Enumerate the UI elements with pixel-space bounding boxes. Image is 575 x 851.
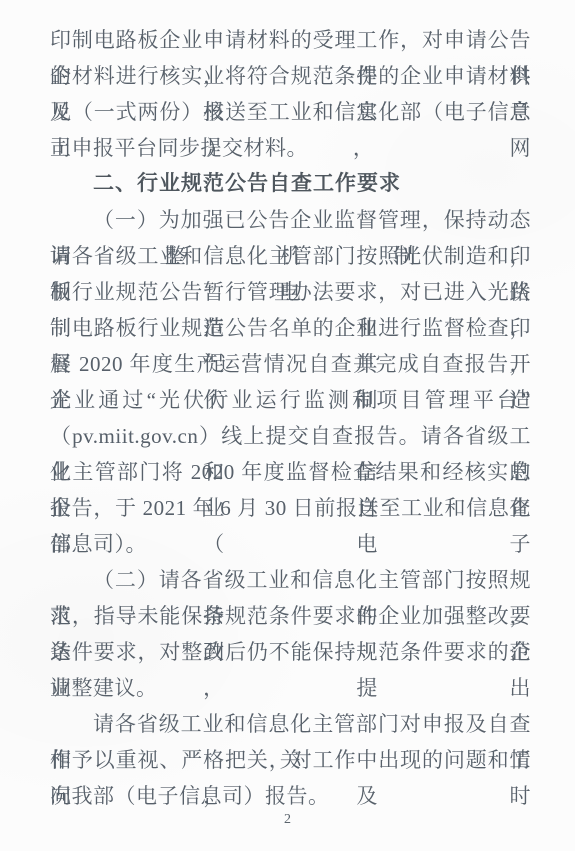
- scanned-document-page: 印制电路板企业申请材料的受理工作，对申请公告企业提供 的材料进行核实，将符合规范…: [0, 0, 575, 851]
- document-line: （二）请各省级工业和信息化主管部门按照规范条件要: [50, 562, 531, 598]
- section-heading: 二、行业规范公告自查工作要求: [50, 166, 531, 202]
- document-line: 的材料进行核实，将符合规范条件的企业申请材料及核实意: [50, 58, 531, 94]
- document-line: 报告，于 2021 年 6 月 30 日前报送至工业和信息化部（电子: [50, 490, 531, 526]
- document-body: 印制电路板企业申请材料的受理工作，对申请公告企业提供 的材料进行核实，将符合规范…: [50, 22, 531, 814]
- document-line: 请各省级工业和信息化主管部门按照光伏制造和印制电路: [50, 238, 531, 274]
- document-line: 制电路板行业规范公告名单的企业进行监督检查，督促其开: [50, 310, 531, 346]
- document-line: 求，指导未能保持规范条件要求的企业加强整改，达到规范: [50, 598, 531, 634]
- document-line: （一）为加强已公告企业监督管理，保持动态调整机制，: [50, 202, 531, 238]
- page-number: 2: [0, 812, 575, 828]
- document-line: 请各省级工业和信息化主管部门对申报及自查相关工: [50, 706, 531, 742]
- document-line: 展 2020 年度生产运营情况自查并完成自查报告，光伏制造: [50, 346, 531, 382]
- document-line: 见（一式两份）报送至工业和信息化部（电子信息司），网: [50, 94, 531, 130]
- document-line: 化主管部门将 2020 年度监督检查结果和经核实的企业自查: [50, 454, 531, 490]
- document-line: 作予以重视、严格把关，对工作中出现的问题和情况，及时: [50, 742, 531, 778]
- document-line: 条件要求，对整改后仍不能保持规范条件要求的企业，提出: [50, 634, 531, 670]
- document-line: 板行业规范公告暂行管理办法要求，对已进入光伏制造和印: [50, 274, 531, 310]
- document-line: 印制电路板企业申请材料的受理工作，对申请公告企业提供: [50, 22, 531, 58]
- document-line: 企业通过“光伏行业运行监测和项目管理平台”: [50, 382, 531, 418]
- document-line: （pv.miit.gov.cn）线上提交自查报告。请各省级工业和信息: [50, 418, 531, 454]
